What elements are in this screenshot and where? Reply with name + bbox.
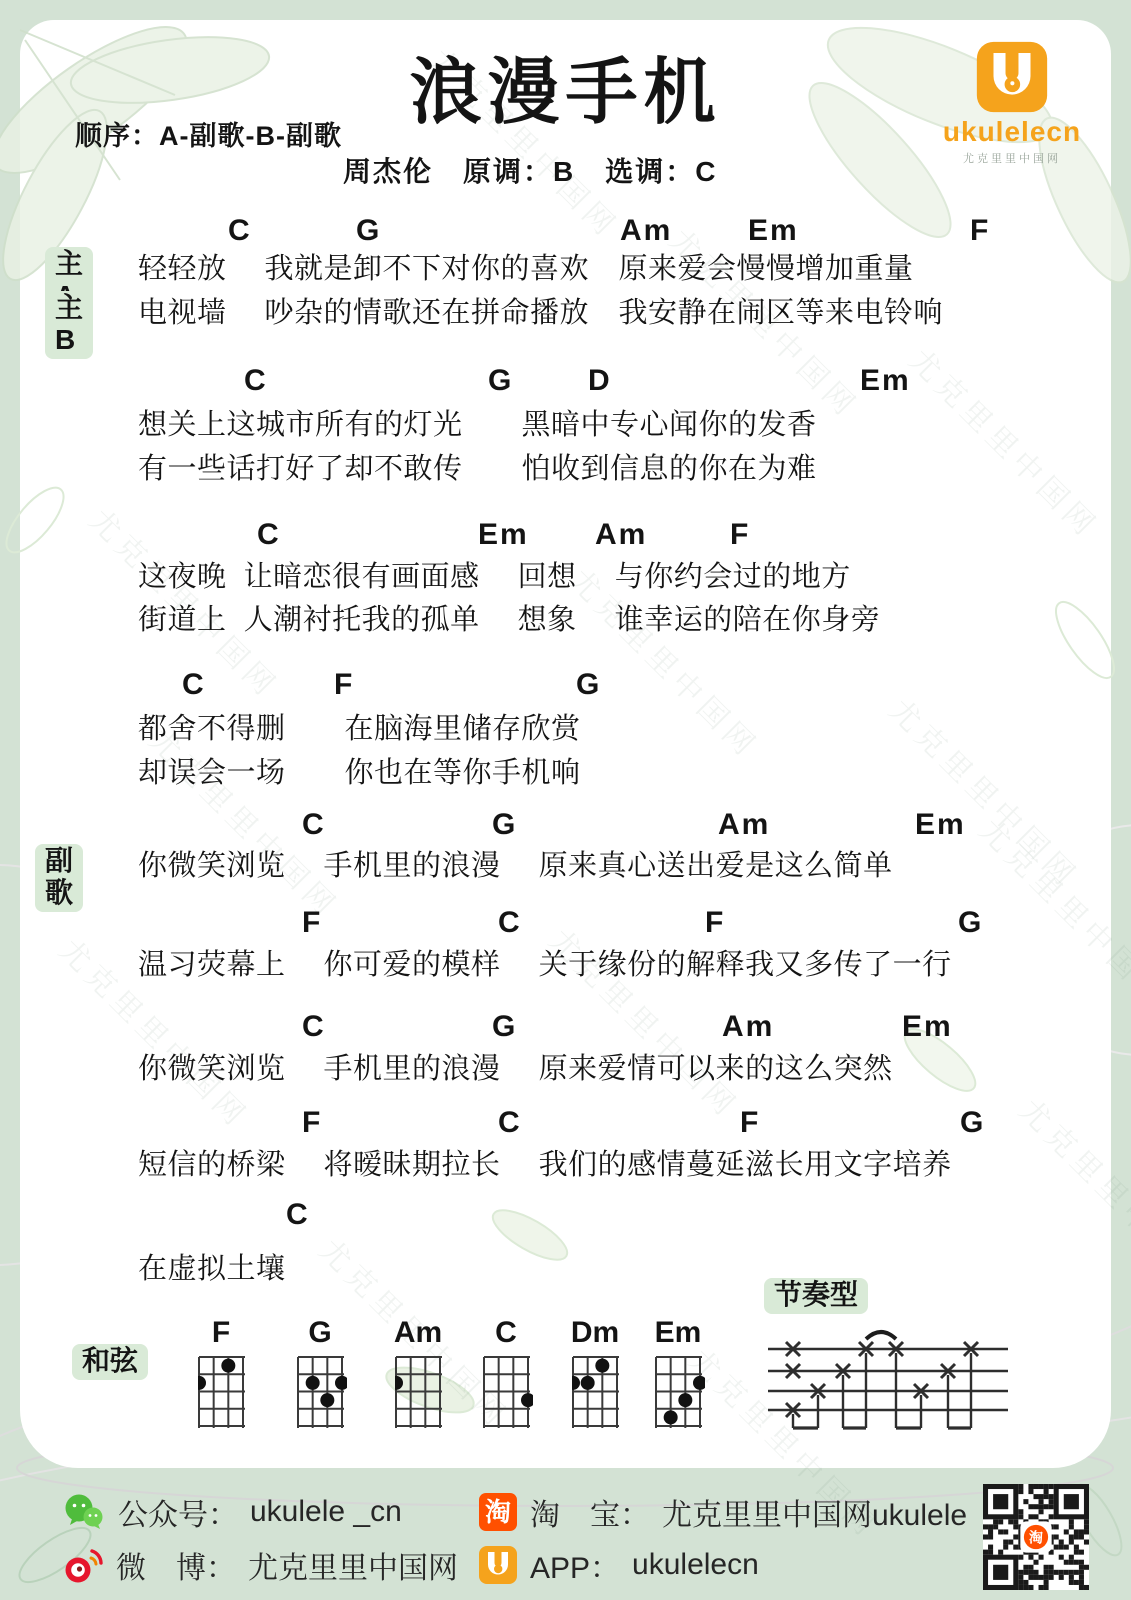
footer-item-weibo: 微 博：尤克里里中国网 <box>62 1543 458 1587</box>
chord-name: C <box>286 1198 310 1232</box>
chord-diagram-label: F <box>191 1316 251 1350</box>
chord-name: F <box>334 668 354 702</box>
lyric-line: 想关上这城市所有的灯光 黑暗中专心闻你的发香 <box>138 402 817 443</box>
chord-diagram-F <box>198 1356 248 1431</box>
chord-diagram-label: Dm <box>565 1316 625 1350</box>
chord-diagram-Dm <box>572 1356 622 1431</box>
chord-name: F <box>730 518 750 552</box>
artist-key-line: 周杰伦 原调：B 选调：C <box>343 150 717 190</box>
ukulelecn-logo-icon <box>975 40 1049 114</box>
chord-name: Em <box>902 1010 953 1044</box>
lyric-line: 电视墙 吵杂的情歌还在拼命播放 我安静在闹区等来电铃响 <box>138 290 943 331</box>
chord-name: Am <box>718 808 770 842</box>
chord-name: D <box>588 364 612 398</box>
lyric-line: 你微笑浏览 手机里的浪漫 原来爱情可以来的这么突然 <box>138 1046 893 1087</box>
chord-name: C <box>228 214 252 248</box>
chord-name: Em <box>915 808 966 842</box>
lyric-line: 温习荧幕上 你可爱的模样 关于缘份的解释我又多传了一行 <box>138 942 952 983</box>
lyric-line: 这夜晚 让暗恋很有画面感 回想 与你约会过的地方 <box>138 554 851 595</box>
chord-diagram-Am <box>395 1356 445 1431</box>
footer-value: ukulelecn <box>632 1548 759 1582</box>
footer-item-taobao: 淘淘 宝：尤克里里中国网ukulele <box>478 1490 967 1534</box>
brand-logo: ukulelecn 尤克里里中国网 <box>942 40 1082 166</box>
footer-item-wechat: 公众号：ukulele _cn <box>62 1490 402 1534</box>
chord-diagram-Em <box>655 1356 705 1431</box>
chord-diagram-label: G <box>290 1316 350 1350</box>
chord-name: Em <box>478 518 529 552</box>
chord-name: F <box>302 1106 322 1140</box>
lyric-line: 街道上 人潮衬托我的孤单 想象 谁幸运的陪在你身旁 <box>138 597 880 638</box>
chord-name: G <box>492 808 517 842</box>
chord-name: Am <box>620 214 672 248</box>
brand-name: ukulelecn <box>942 116 1082 148</box>
footer-value: 尤克里里中国网ukulele <box>662 1490 967 1534</box>
chord-name: G <box>960 1106 985 1140</box>
chord-diagram-label: C <box>476 1316 536 1350</box>
svg-text:淘: 淘 <box>485 1497 511 1527</box>
chord-name: F <box>705 906 725 940</box>
svg-text:淘: 淘 <box>1029 1530 1043 1546</box>
lyric-line: 轻轻放 我就是卸不下对你的喜欢 原来爱会慢慢增加重量 <box>138 246 914 287</box>
footer-label: 公众号： <box>118 1490 238 1534</box>
chord-name: G <box>492 1010 517 1044</box>
lyric-line: 却误会一场 你也在等你手机响 <box>138 750 581 791</box>
chord-name: C <box>498 906 522 940</box>
chord-name: C <box>182 668 206 702</box>
lyric-line: 有一些话打好了却不敢传 怕收到信息的你在为难 <box>138 446 817 487</box>
chord-name: F <box>970 214 990 248</box>
footer-item-app: APP：ukulelecn <box>478 1543 759 1587</box>
footer-value: ukulele _cn <box>250 1495 402 1529</box>
weibo-icon <box>62 1545 104 1585</box>
chord-name: F <box>740 1106 760 1140</box>
lyric-line: 都舍不得删 在脑海里储存欣赏 <box>138 706 581 747</box>
chord-name: G <box>958 906 983 940</box>
app-icon <box>478 1545 518 1585</box>
chord-name: Am <box>595 518 647 552</box>
page: 尤克里里中国网尤克里里中国网尤克里里中国网尤克里里中国网尤克里里中国网尤克里里中… <box>0 0 1131 1600</box>
chord-name: G <box>576 668 601 702</box>
chord-name: C <box>257 518 281 552</box>
wechat-icon <box>62 1492 106 1532</box>
qr-code: 淘 <box>983 1484 1089 1590</box>
section-label: 副歌 <box>35 844 83 912</box>
chord-name: Am <box>722 1010 774 1044</box>
lyric-line: 在虚拟土壤 <box>138 1246 286 1287</box>
chord-name: Em <box>860 364 911 398</box>
lyric-line: 你微笑浏览 手机里的浪漫 原来真心送出爱是这么简单 <box>138 843 893 884</box>
chord-name: C <box>302 1010 326 1044</box>
section-label: 主B <box>45 291 93 359</box>
brand-subtitle: 尤克里里中国网 <box>942 150 1082 166</box>
chord-name: G <box>488 364 513 398</box>
chords-section-label: 和弦 <box>72 1344 148 1380</box>
chord-name: C <box>498 1106 522 1140</box>
rhythm-section-label: 节奏型 <box>764 1278 868 1314</box>
chord-diagram-label: Em <box>648 1316 708 1350</box>
chord-name: C <box>302 808 326 842</box>
chord-diagram-C <box>483 1356 533 1431</box>
chord-name: C <box>244 364 268 398</box>
chord-diagram-label: Am <box>388 1316 448 1350</box>
chord-name: Em <box>748 214 799 248</box>
footer-value: 尤克里里中国网 <box>248 1543 458 1587</box>
chord-diagram-G <box>297 1356 347 1431</box>
footer-label: 微 博： <box>116 1543 236 1587</box>
chord-name: G <box>356 214 381 248</box>
footer-label: 淘 宝： <box>530 1490 650 1534</box>
chord-name: F <box>302 906 322 940</box>
footer-label: APP： <box>530 1543 620 1587</box>
taobao-icon: 淘 <box>478 1492 518 1532</box>
lyric-line: 短信的桥梁 将暧昧期拉长 我们的感情蔓延滋长用文字培养 <box>138 1142 952 1183</box>
